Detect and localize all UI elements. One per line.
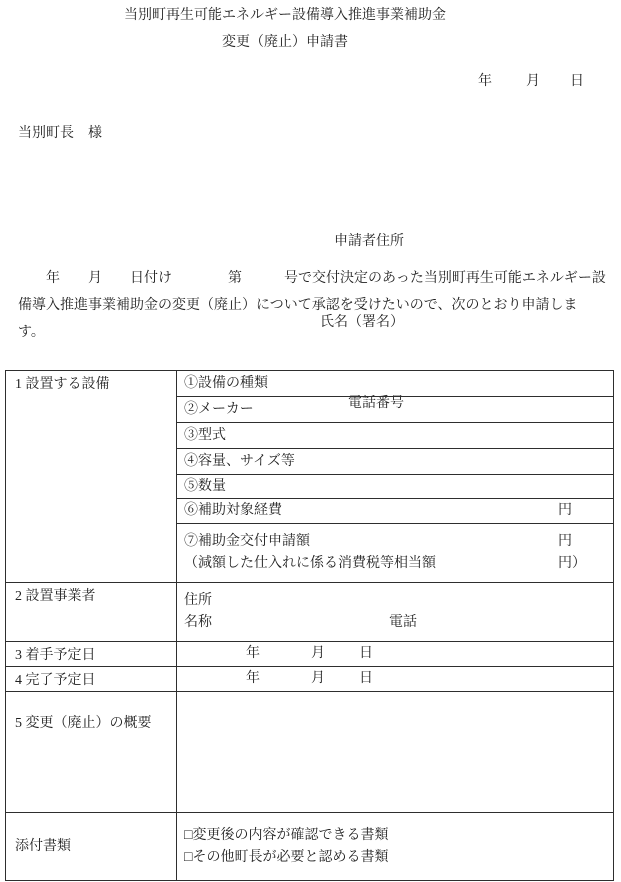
completion-date-year-label: 年	[246, 671, 260, 686]
equipment-model-label: ③型式	[184, 428, 226, 443]
tax-deduction-yen-label: 円）	[558, 553, 586, 575]
equipment-maker-cell: ②メーカー	[177, 397, 614, 423]
completion-date-cell: 年月日	[177, 667, 614, 692]
attachment-item-2: □その他町長が必要と認める書類	[184, 847, 611, 869]
contractor-info-cell: 住所 名称電話	[177, 583, 614, 642]
subsidy-amount-label: ⑦補助金交付申請額	[184, 534, 310, 549]
title-block: 当別町再生可能エネルギー設備導入推進事業補助金 変更（廃止）申請書	[0, 2, 570, 56]
body-line-2: 備導入推進事業補助金の変更（廃止）について承認を受けたいので、次のとおり申請しま	[18, 292, 606, 319]
completion-date-label: 4 完了予定日	[15, 673, 96, 688]
body-line-1: 年 月 日付け 第 号で交付決定のあった当別町再生可能エネルギー設	[18, 265, 606, 292]
start-date-cell: 年月日	[177, 642, 614, 667]
equipment-model-cell: ③型式	[177, 423, 614, 449]
attachments-label-cell: 添付書類	[6, 813, 177, 881]
contractor-section-label: 2 設置事業者	[15, 589, 96, 604]
doc-subtitle: 変更（廃止）申請書	[0, 29, 570, 56]
tax-deduction-note-label: （減額した仕入れに係る消費税等相当額	[184, 556, 436, 571]
attachment-item-1-label: 変更後の内容が確認できる書類	[192, 828, 388, 843]
contractor-section-label-cell: 2 設置事業者	[6, 583, 177, 642]
contractor-name-label: 名称	[184, 615, 212, 630]
body-line-3: す。	[18, 319, 606, 346]
equipment-maker-label: ②メーカー	[184, 402, 254, 417]
equipment-section-label-cell: 1 設置する設備	[6, 371, 177, 583]
start-date-month-label: 月	[311, 646, 325, 661]
attachment-item-1: □変更後の内容が確認できる書類	[184, 825, 611, 847]
equipment-type-label: ①設備の種類	[184, 376, 268, 391]
date-day-label: 日	[570, 74, 584, 89]
applicant-address-label: 申請者住所	[320, 228, 404, 255]
change-summary-label: 5 変更（廃止）の概要	[15, 716, 152, 731]
application-form-table: 1 設置する設備 ①設備の種類 ②メーカー ③型式 ④容量、サイズ等 ⑤数量	[5, 370, 614, 881]
equipment-quantity-label: ⑤数量	[184, 479, 226, 494]
subsidy-expense-cell: ⑥補助対象経費 円	[177, 499, 614, 524]
contractor-phone-label: 電話	[389, 615, 417, 630]
attachment-item-2-label: その他町長が必要と認める書類	[192, 850, 388, 865]
subsidy-expense-label: ⑥補助対象経費	[184, 503, 282, 518]
equipment-type-cell: ①設備の種類	[177, 371, 614, 397]
completion-date-day-label: 日	[359, 671, 373, 686]
document-page: 当別町再生可能エネルギー設備導入推進事業補助金 変更（廃止）申請書 年月日 当別…	[0, 0, 621, 882]
start-date-year-label: 年	[246, 646, 260, 661]
change-summary-cell	[177, 692, 614, 813]
date-year-label: 年	[478, 74, 492, 89]
subsidy-amount-cell: ⑦補助金交付申請額 円 （減額した仕入れに係る消費税等相当額 円）	[177, 524, 614, 583]
attachments-cell: □変更後の内容が確認できる書類 □その他町長が必要と認める書類	[177, 813, 614, 881]
equipment-capacity-cell: ④容量、サイズ等	[177, 449, 614, 475]
start-date-label: 3 着手予定日	[15, 648, 96, 663]
equipment-section-label: 1 設置する設備	[15, 377, 110, 392]
addressee: 当別町長 様	[18, 124, 102, 144]
contractor-address-label: 住所	[184, 593, 212, 608]
start-date-day-label: 日	[359, 646, 373, 661]
date-month-label: 月	[526, 74, 540, 89]
subsidy-amount-yen-label: 円	[558, 531, 572, 553]
change-summary-label-cell: 5 変更（廃止）の概要	[6, 692, 177, 813]
subsidy-expense-yen-label: 円	[558, 500, 572, 522]
start-date-label-cell: 3 着手予定日	[6, 642, 177, 667]
body-paragraph: 年 月 日付け 第 号で交付決定のあった当別町再生可能エネルギー設 備導入推進事…	[18, 265, 606, 346]
header-date-line: 年月日	[478, 72, 584, 92]
completion-date-month-label: 月	[311, 671, 325, 686]
attachments-label: 添付書類	[15, 839, 71, 854]
completion-date-label-cell: 4 完了予定日	[6, 667, 177, 692]
doc-title: 当別町再生可能エネルギー設備導入推進事業補助金	[0, 2, 570, 29]
equipment-capacity-label: ④容量、サイズ等	[184, 454, 295, 469]
equipment-quantity-cell: ⑤数量	[177, 475, 614, 499]
